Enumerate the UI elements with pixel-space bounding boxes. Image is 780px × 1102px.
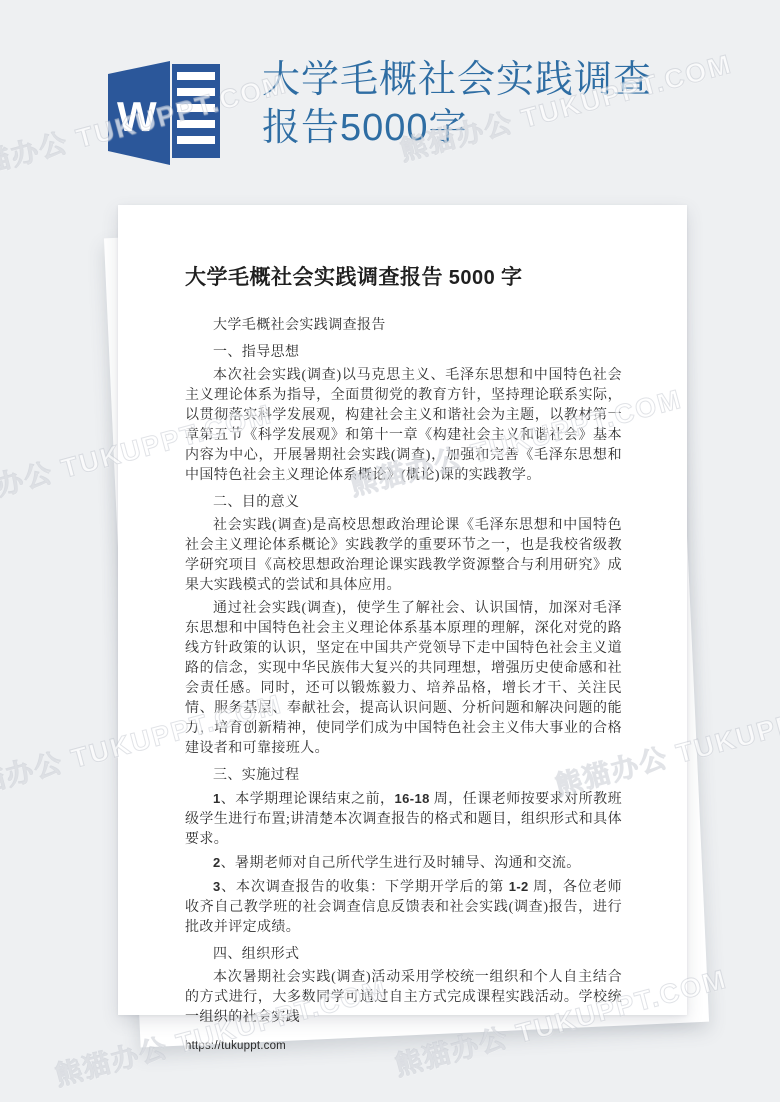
doc-paragraph-body: 3、本次调查报告的收集：下学期开学后的第 1-2 周，各位老师收齐自己教学班的社… [185,877,622,938]
footer-url: https://tukuppt.com [185,1040,622,1052]
word-icon-letter-w: W [117,93,157,140]
page-background: { "colors": { "bg": "#eef0f2", "accent":… [0,0,780,1102]
page-title: 大学毛概社会实践调查报告5000字 [262,56,674,152]
word-icon: W [108,58,222,168]
document-title: 大学毛概社会实践调查报告 5000 字 [185,263,622,292]
doc-paragraph-body: 本次社会实践(调查)以马克思主义、毛泽东思想和中国特色社会主义理论体系为指导，全… [185,366,622,486]
doc-paragraph-body: 2、暑期老师对自己所代学生进行及时辅导、沟通和交流。 [185,853,622,874]
header: W 大学毛概社会实践调查报告5000字 [0,0,780,205]
doc-paragraph-heading: 一、指导思想 [185,343,622,363]
doc-paragraph-body: 1、本学期理论课结束之前，16-18 周，任课老师按要求对所教班级学生进行布置;… [185,789,622,850]
document-page: 大学毛概社会实践调查报告 5000 字 大学毛概社会实践调查报告一、指导思想本次… [118,205,687,1015]
doc-paragraph-heading: 二、目的意义 [185,493,622,513]
doc-paragraph-subtitle: 大学毛概社会实践调查报告 [185,316,622,336]
doc-paragraph-body: 社会实践(调查)是高校思想政治理论课《毛泽东思想和中国特色社会主义理论体系概论》… [185,516,622,596]
document-paragraphs: 大学毛概社会实践调查报告一、指导思想本次社会实践(调查)以马克思主义、毛泽东思想… [185,316,622,1028]
doc-paragraph-body: 本次暑期社会实践(调查)活动采用学校统一组织和个人自主结合的方式进行，大多数同学… [185,968,622,1028]
doc-paragraph-heading: 三、实施过程 [185,766,622,786]
doc-paragraph-body: 通过社会实践(调查)，使学生了解社会、认识国情，加深对毛泽东思想和中国特色社会主… [185,599,622,759]
doc-paragraph-heading: 四、组织形式 [185,945,622,965]
